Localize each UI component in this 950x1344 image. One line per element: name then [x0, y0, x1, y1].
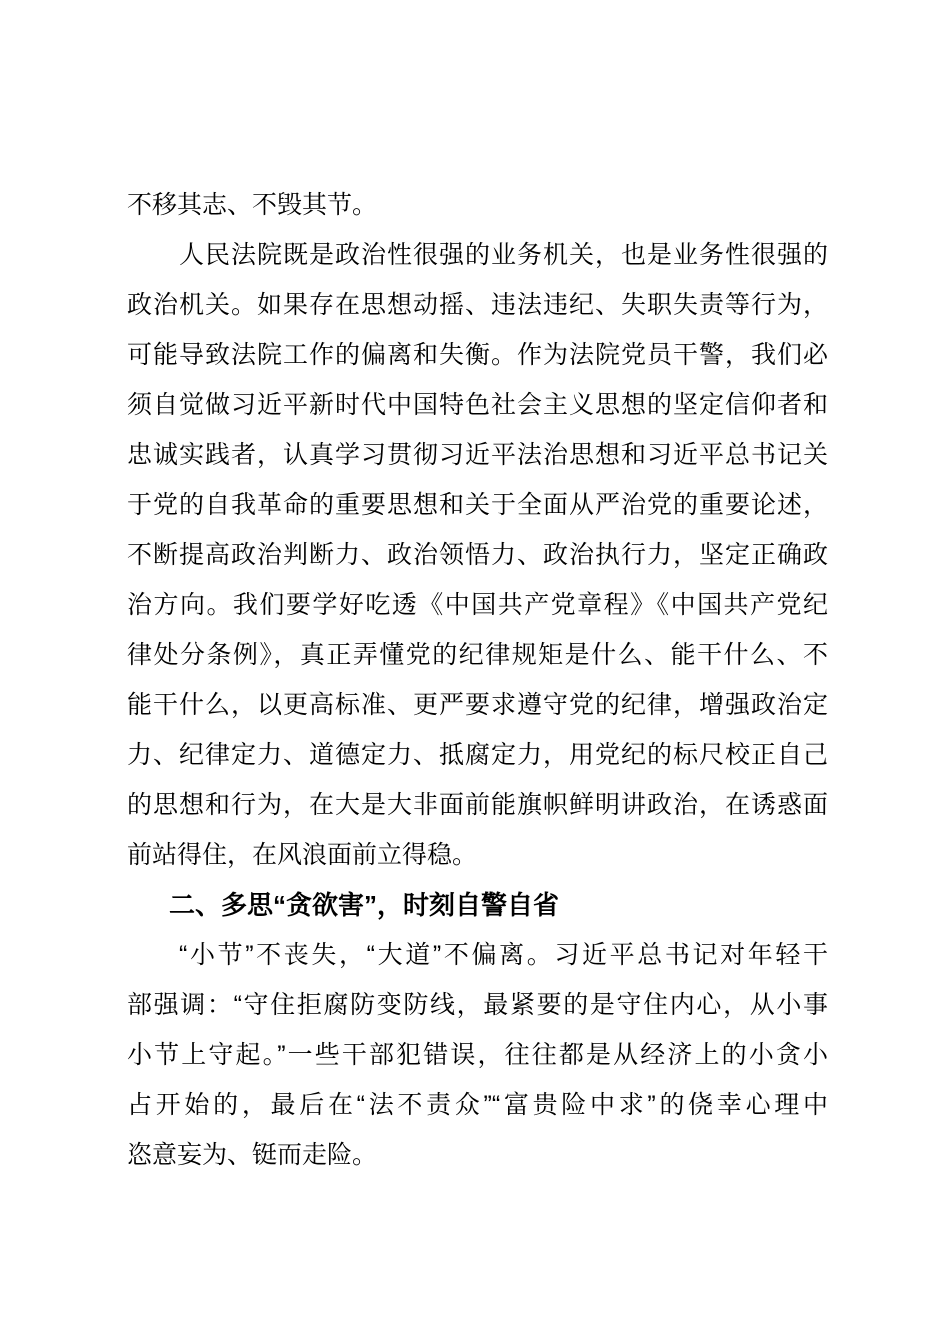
text-line: 占开始的，最后在“法不责众”“富贵险中求”的侥幸心理中 — [127, 1080, 828, 1130]
heading-line: 二、多思“贪欲害”，时刻自警自省 — [127, 880, 828, 930]
text-line: 部强调：“守住拒腐防变防线，最紧要的是守住内心，从小事 — [127, 980, 828, 1030]
paragraph: 不移其志、不毁其节。 — [127, 180, 828, 230]
text-line: 小节上守起。”一些干部犯错误，往往都是从经济上的小贪小 — [127, 1030, 828, 1080]
text-line: 可能导致法院工作的偏离和失衡。作为法院党员干警，我们必 — [127, 330, 828, 380]
text-body: 不移其志、不毁其节。人民法院既是政治性很强的业务机关，也是业务性很强的政治机关。… — [127, 180, 828, 1180]
text-line: 政治机关。如果存在思想动摇、违法违纪、失职失责等行为， — [127, 280, 828, 330]
paragraph: 人民法院既是政治性很强的业务机关，也是业务性很强的政治机关。如果存在思想动摇、违… — [127, 230, 828, 880]
text-line: 不断提高政治判断力、政治领悟力、政治执行力，坚定正确政 — [127, 530, 828, 580]
text-line: 律处分条例》，真正弄懂党的纪律规矩是什么、能干什么、不 — [127, 630, 828, 680]
text-line: 于党的自我革命的重要思想和关于全面从严治党的重要论述， — [127, 480, 828, 530]
text-line: 不移其志、不毁其节。 — [127, 180, 828, 230]
text-line: 人民法院既是政治性很强的业务机关，也是业务性很强的 — [127, 230, 828, 280]
text-line: “小节”不丧失，“大道”不偏离。习近平总书记对年轻干 — [127, 930, 828, 980]
paragraph: “小节”不丧失，“大道”不偏离。习近平总书记对年轻干部强调：“守住拒腐防变防线，… — [127, 930, 828, 1180]
text-line: 力、纪律定力、道德定力、抵腐定力，用党纪的标尺校正自己 — [127, 730, 828, 780]
section-heading: 二、多思“贪欲害”，时刻自警自省 — [127, 880, 828, 930]
text-line: 须自觉做习近平新时代中国特色社会主义思想的坚定信仰者和 — [127, 380, 828, 430]
text-line: 恣意妄为、铤而走险。 — [127, 1130, 828, 1180]
text-line: 能干什么，以更高标准、更严要求遵守党的纪律，增强政治定 — [127, 680, 828, 730]
text-line: 的思想和行为，在大是大非面前能旗帜鲜明讲政治，在诱惑面 — [127, 780, 828, 830]
document-page: 不移其志、不毁其节。人民法院既是政治性很强的业务机关，也是业务性很强的政治机关。… — [0, 0, 950, 1344]
text-line: 治方向。我们要学好吃透《中国共产党章程》《中国共产党纪 — [127, 580, 828, 630]
text-line: 前站得住，在风浪面前立得稳。 — [127, 830, 828, 880]
text-line: 忠诚实践者，认真学习贯彻习近平法治思想和习近平总书记关 — [127, 430, 828, 480]
